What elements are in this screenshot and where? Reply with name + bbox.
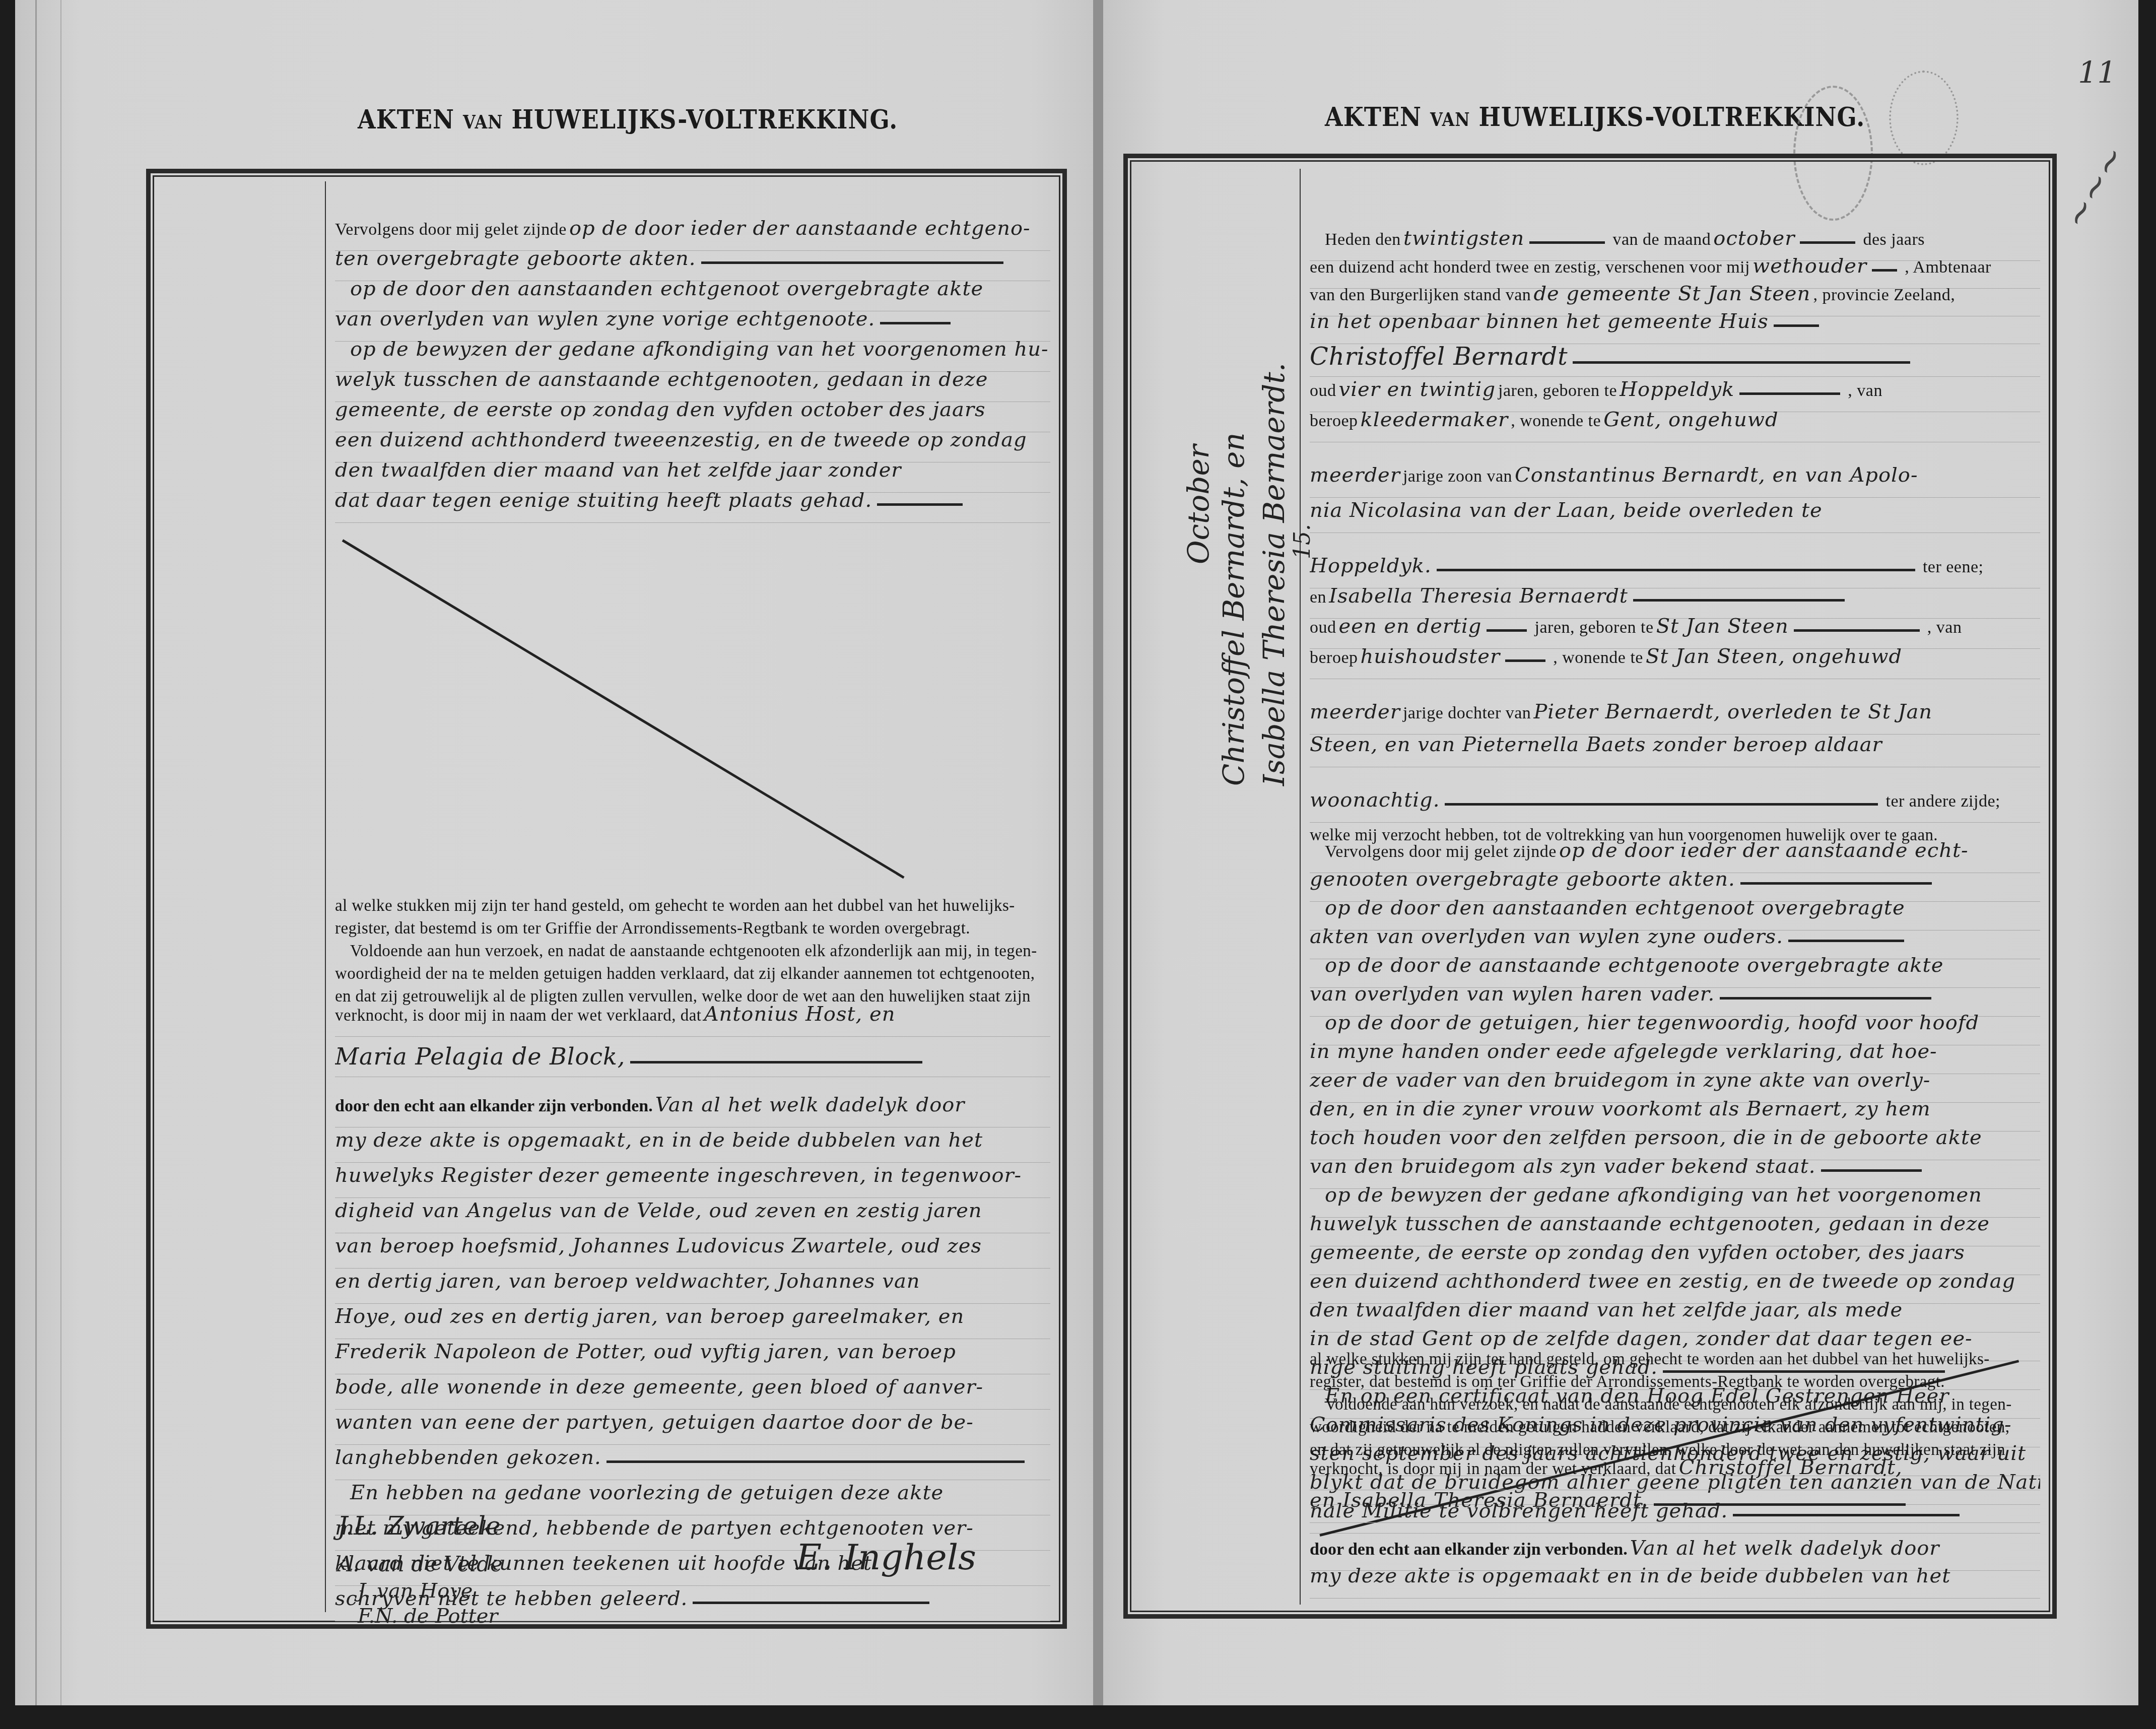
register-spread: AKTEN VAN HUWELIJKS-VOLTREKKING. Vervolg… bbox=[15, 0, 2138, 1705]
margin-month: October bbox=[1181, 445, 1216, 564]
page-edge bbox=[60, 0, 61, 1705]
record-line: verknocht, is door mij in naam der wet v… bbox=[335, 1003, 1050, 1046]
margin-bride: Isabella Theresia Bernaerdt. bbox=[1257, 363, 1291, 786]
margin-groom: Christoffel Bernardt, en bbox=[1217, 432, 1251, 786]
signature-witness-1: J.L. Zwartele bbox=[338, 1511, 501, 1541]
margin-divider bbox=[325, 181, 326, 1612]
printed-text: al welke stukken mij zijn ter hand geste… bbox=[1310, 1350, 2040, 1369]
strike-through-line bbox=[342, 539, 905, 879]
signature-witness-4: F.N. de Potter bbox=[358, 1605, 498, 1628]
record-line: woonachtig. ter andere zijde; bbox=[1310, 788, 2040, 832]
record-line: en Isabella Theresia Bernaerdt. bbox=[1310, 1489, 2040, 1532]
book-gutter bbox=[1093, 0, 1103, 1705]
printed-text: Voldoende aan hun verzoek, en nadat de a… bbox=[1310, 1395, 2040, 1414]
initials-mark: ~~~ bbox=[2054, 138, 2134, 235]
record-line: Steen, en van Pieternella Baets zonder b… bbox=[1310, 733, 2040, 776]
signature-witness-3: J. van Hoye bbox=[358, 1579, 473, 1603]
margin-divider bbox=[1300, 169, 1301, 1605]
signature-officer: E. Inghels bbox=[796, 1537, 976, 1578]
record-line: dat daar tegen eenige stuiting heeft pla… bbox=[335, 489, 1050, 532]
page-title: AKTEN VAN HUWELIJKS-VOLTREKKING. bbox=[358, 104, 898, 135]
page-edge bbox=[35, 0, 37, 1705]
printed-text: register, dat bestemd is om ter Griffie … bbox=[1310, 1373, 2040, 1391]
printed-text: woordigheid der na te melden getuigen ha… bbox=[335, 965, 1050, 983]
record-line: Maria Pelagia de Block, bbox=[335, 1043, 1050, 1086]
record-line: beroep huishoudster , wonende te St Jan … bbox=[1310, 645, 2040, 688]
archive-stamp bbox=[1889, 71, 1959, 165]
right-page: AKTEN VAN HUWELIJKS-VOLTREKKING. 11 ~~~ … bbox=[1103, 0, 2138, 1705]
right-record-closing: al welke stukken mij zijn ter hand geste… bbox=[1310, 1350, 2040, 1602]
printed-text: Voldoende aan hun verzoek, en nadat de a… bbox=[335, 942, 1050, 961]
printed-text: al welke stukken mij zijn ter hand geste… bbox=[335, 897, 1050, 915]
left-page: AKTEN VAN HUWELIJKS-VOLTREKKING. Vervolg… bbox=[15, 0, 1093, 1705]
printed-text: woordigheid der na te melden getuigen ha… bbox=[1310, 1418, 2040, 1437]
record-line: my deze akte is opgemaakt en in de beide… bbox=[1310, 1564, 2040, 1608]
page-number: 11 bbox=[2078, 55, 2116, 91]
left-record-text: Vervolgens door mij gelet zijnde op de d… bbox=[335, 217, 1050, 1607]
record-line: nia Nicolasina van der Laan, beide overl… bbox=[1310, 499, 2040, 542]
record-line: beroep kleedermaker , wonende te Gent, o… bbox=[1310, 408, 2040, 451]
printed-text: register, dat bestemd is om ter Griffie … bbox=[335, 919, 1050, 938]
page-title: AKTEN VAN HUWELIJKS-VOLTREKKING. bbox=[1325, 101, 1865, 132]
signature-witness-2: A. van de Velde bbox=[338, 1552, 503, 1576]
